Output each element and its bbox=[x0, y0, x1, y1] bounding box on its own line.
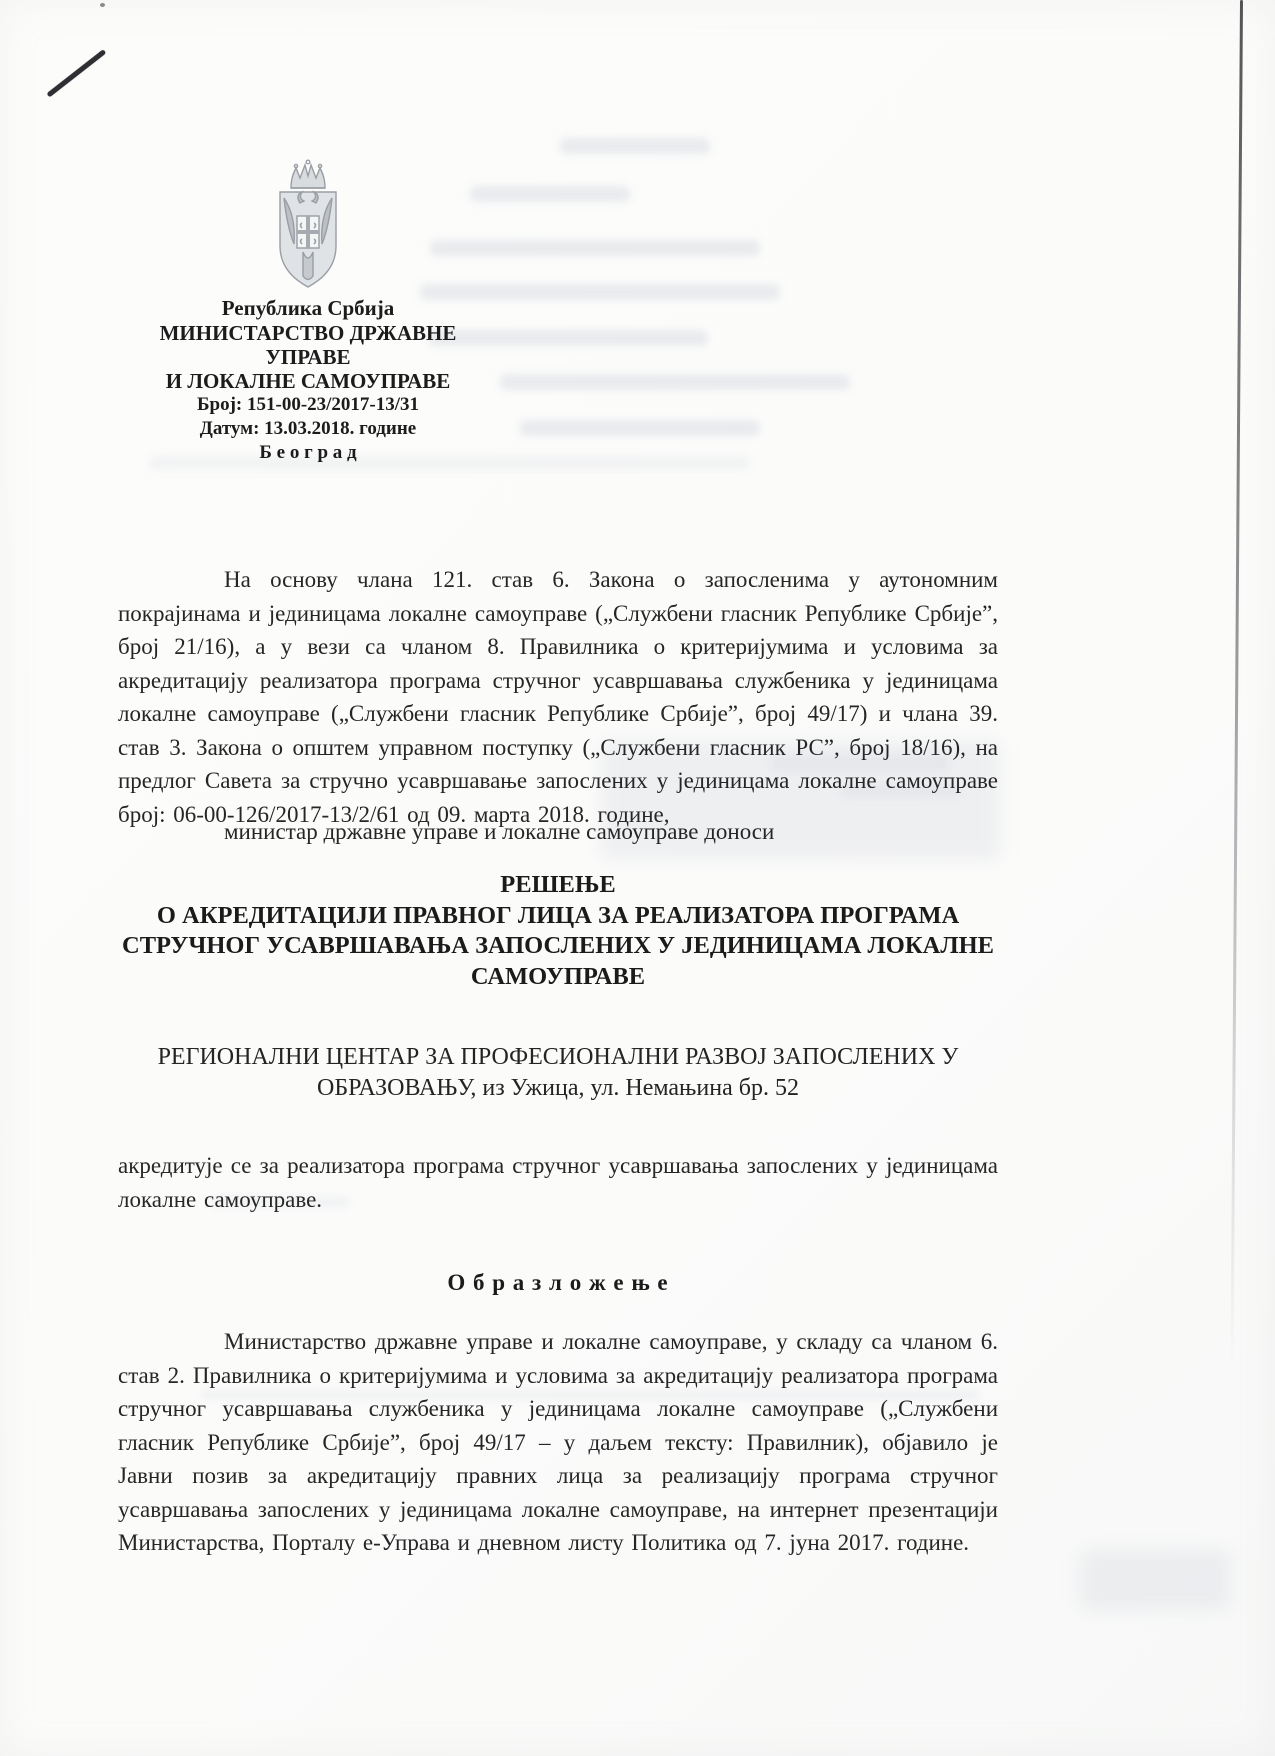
bleed-through-mark bbox=[1080, 1550, 1230, 1610]
pen-mark bbox=[46, 49, 106, 97]
serbia-coat-of-arms-icon bbox=[267, 156, 349, 294]
scan-speck bbox=[100, 3, 105, 7]
recipient-name: РЕГИОНАЛНИ ЦЕНТАР ЗА ПРОФЕСИОНАЛНИ РАЗВО… bbox=[118, 1042, 998, 1104]
recipient-line2: ОБРАЗОВАЊУ, из Ужица, ул. Немањина бр. 5… bbox=[118, 1073, 998, 1104]
explanation-heading: О б р а з л о ж е њ е bbox=[118, 1270, 998, 1296]
letterhead-date: Датум: 13.03.2018. године bbox=[118, 417, 498, 441]
letterhead-ministry-line2: И ЛОКАЛНЕ САМОУПРАВЕ bbox=[118, 369, 498, 393]
decision-title: РЕШЕЊЕ О АКРЕДИТАЦИЈИ ПРАВНОГ ЛИЦА ЗА РЕ… bbox=[118, 870, 998, 992]
bleed-through-mark bbox=[500, 374, 850, 390]
decision-title-line2: О АКРЕДИТАЦИЈИ ПРАВНОГ ЛИЦА ЗА РЕАЛИЗАТО… bbox=[118, 901, 998, 932]
letterhead-city: Б е о г р а д bbox=[118, 441, 498, 465]
explanation-paragraph: Министарство државне управе и локалне са… bbox=[118, 1325, 998, 1560]
letterhead-country: Република Србија bbox=[118, 296, 498, 321]
letterhead: Република Србија МИНИСТАРСТВО ДРЖАВНЕ УП… bbox=[118, 156, 498, 465]
scan-edge-line bbox=[1230, 0, 1243, 1370]
decision-title-line1: РЕШЕЊЕ bbox=[118, 870, 998, 901]
letterhead-number: Број: 151-00-23/2017-13/31 bbox=[118, 393, 498, 417]
scanned-document-page: Република Србија МИНИСТАРСТВО ДРЖАВНЕ УП… bbox=[0, 0, 1275, 1756]
bleed-through-mark bbox=[520, 420, 760, 436]
recipient-line1: РЕГИОНАЛНИ ЦЕНТАР ЗА ПРОФЕСИОНАЛНИ РАЗВО… bbox=[118, 1042, 998, 1073]
decision-title-line4: САМОУПРАВЕ bbox=[118, 962, 998, 993]
intro-paragraph: На основу члана 121. став 6. Закона о за… bbox=[118, 563, 998, 831]
bleed-through-mark bbox=[560, 138, 710, 154]
operative-clause: акредитује се за реализатора програма ст… bbox=[118, 1149, 998, 1216]
minister-clause: министар државне управе и локалне самоуп… bbox=[118, 815, 998, 849]
decision-title-line3: СТРУЧНОГ УСАВРШАВАЊА ЗАПОСЛЕНИХ У ЈЕДИНИ… bbox=[118, 931, 998, 962]
letterhead-ministry-line1: МИНИСТАРСТВО ДРЖАВНЕ УПРАВЕ bbox=[118, 321, 498, 369]
